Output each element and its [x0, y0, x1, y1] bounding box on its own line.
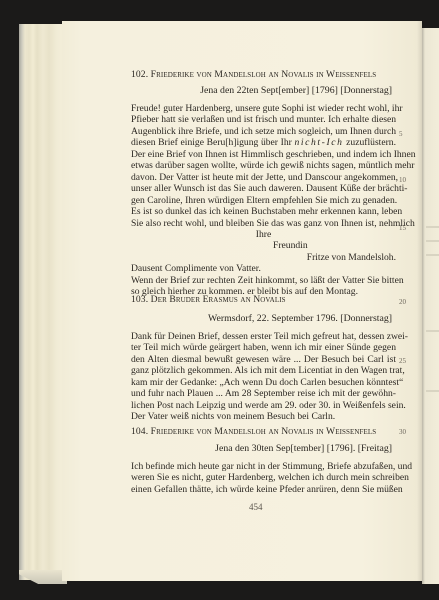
closing-line: Freundin [131, 240, 396, 251]
text-line: kam mir der Gedanke: „Ach wenn Du doch C… [131, 377, 396, 388]
letter-body: Dank für Deinen Brief, dessen erster Tei… [131, 331, 396, 423]
text-line: Dank für Deinen Brief, dessen erster Tei… [131, 331, 396, 342]
bleed-through-text [426, 254, 439, 256]
bleed-through-text [426, 240, 439, 242]
line-number: 10 [399, 176, 406, 184]
book-page-edges [19, 24, 67, 580]
text-line: gen Caroline, Ihren würdigen Eltern empf… [131, 195, 396, 206]
text-line: Es ist so dunkel das ich keinen Buchstab… [131, 206, 396, 217]
signature: Fritze von Mandelsloh. [131, 252, 396, 263]
text-line: diesen Brief einige Beru[h]igung über Ih… [131, 137, 396, 148]
letter-heading: 102. Friederike von Mandelsloh an Novali… [131, 69, 376, 80]
line-number: 30 [399, 428, 406, 436]
text-line: Sie also recht wohl, und bleiben Sie das… [131, 218, 396, 229]
text-line: Der eine Brief von Ihnen ist Himmlisch g… [131, 149, 396, 160]
letter-body: Freude! guter Hardenberg, unsere gute So… [131, 103, 396, 298]
letter-body: Ich befinde mich heute gar nicht in der … [131, 461, 396, 495]
text-line: lichen Post nach Leipzig und werde am 29… [131, 400, 396, 411]
emphasized-term: nicht-Ich [294, 137, 343, 148]
bleed-through-text [426, 226, 439, 228]
line-number: 15 [399, 224, 406, 232]
text-line: davon. Der Vatter ist heute mit der Jett… [131, 172, 396, 183]
book-page-edges-bottom [19, 570, 67, 584]
letter-heading: 103. Der Bruder Erasmus an Novalis [131, 294, 286, 305]
letter-dateline: Wermsdorf, 22. September 1796. [Donnerst… [208, 313, 392, 324]
page-number: 454 [249, 502, 263, 512]
letter-dateline: Jena den 22ten Sept[ember] [1796] [Donne… [200, 85, 392, 96]
text-line: Pfieber hatt sie verlaßen und ist frisch… [131, 114, 396, 125]
line-number: 5 [399, 130, 403, 138]
postscript-line: Wenn der Brief zur rechten Zeit hinkommt… [131, 275, 396, 286]
bleed-through-text [426, 330, 439, 332]
text-line: einen Gefallen thätte, ich würde keine P… [131, 484, 396, 495]
text-line: Der Vater weiß nichts von meinem Besuch … [131, 411, 396, 422]
text-line: Augenblick ihre Briefe, und ich setze mi… [131, 126, 396, 137]
closing-line: Ihre [131, 229, 396, 240]
postscript-line: Dausent Complimente von Vatter. [131, 263, 396, 274]
text-line: weren Sie es nicht, guter Hardenberg, we… [131, 472, 396, 483]
next-page-edge [422, 28, 439, 584]
text-line: etwas darüber sagen wollte, würde ich ge… [131, 160, 396, 171]
text-line: ter Teil mich würde geärgert haben, wenn… [131, 342, 396, 353]
text-line: Ich befinde mich heute gar nicht in der … [131, 461, 396, 472]
letter-dateline: Jena den 30ten Sep[tember] [1796]. [Frei… [215, 443, 392, 454]
text-line: Freude! guter Hardenberg, unsere gute So… [131, 103, 396, 114]
line-number: 25 [399, 357, 406, 365]
text-line: unser aller Wunsch ist das Sie auch dawe… [131, 183, 396, 194]
bleed-through-text [426, 390, 439, 392]
letter-heading: 104. Friederike von Mandelsloh an Novali… [131, 426, 376, 437]
text-line: ganz plötzlich gekommen. Als ich mit dem… [131, 365, 396, 376]
line-number: 20 [399, 298, 406, 306]
text-line: und fuhr nach Plauen ... Am 28 September… [131, 388, 396, 399]
text-line: den Alten diesmal bewußt gewesen wäre ..… [131, 354, 396, 365]
